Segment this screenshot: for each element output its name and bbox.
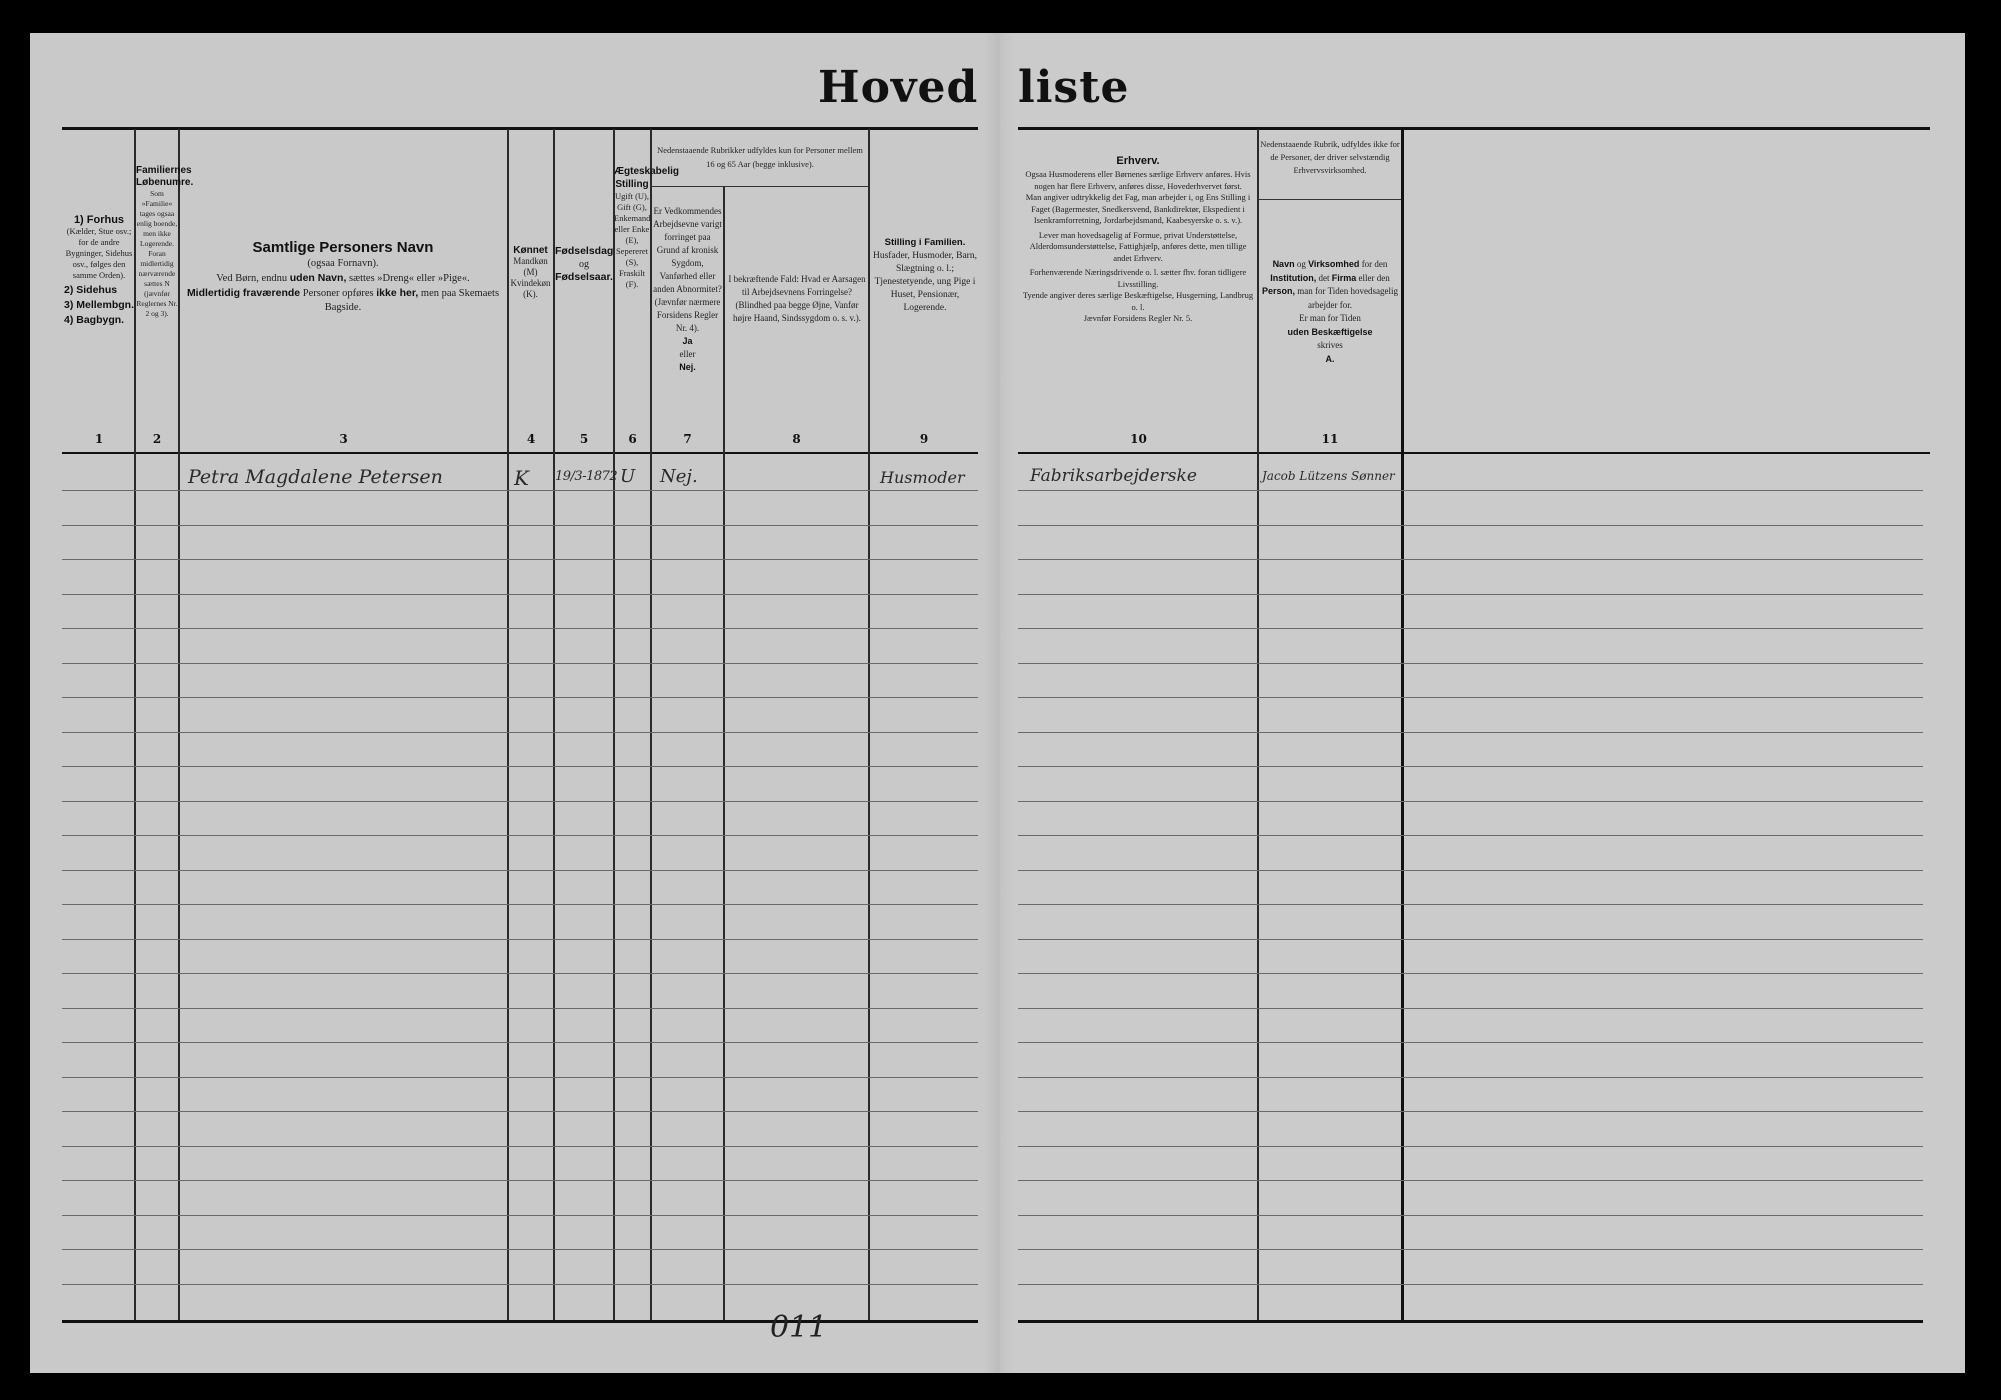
row-line [1018,766,1923,767]
col8-header: I bekræftende Fald: Hvad er Aarsagen til… [726,273,868,325]
row-line [1018,1180,1923,1181]
row-line [62,766,978,767]
row-line [62,697,978,698]
row-line [62,1146,978,1147]
entry-name: Petra Magdalene Petersen [188,466,443,488]
col11-header: Navn og Virksomhed for den Institution, … [1260,258,1400,366]
row-line [62,559,978,560]
row-line [1018,1008,1923,1009]
row-line [62,628,978,629]
row-line [62,870,978,871]
col3-header: Samtlige Personers Navn (ogsaa Fornavn).… [182,238,504,315]
book-gutter [985,33,1015,1373]
col-num-8: 8 [725,432,868,446]
row-line [1018,1042,1923,1043]
row-line [62,973,978,974]
title-right: liste [1018,62,1130,113]
col-divider [553,129,555,1320]
row-line [62,732,978,733]
col-divider [1257,129,1259,1320]
col-divider [178,129,180,1320]
top-rule-right [1018,127,1930,130]
entry-disabled: Nej. [660,466,698,487]
title-left: Hoved [818,62,978,113]
row-line [62,904,978,905]
row-line [62,1180,978,1181]
row-line [62,594,978,595]
row-line [1018,490,1923,491]
row-line [1018,525,1923,526]
header-rule-right [1018,452,1930,454]
col-divider [868,129,870,1320]
col-divider [1401,129,1404,1320]
row-line [1018,870,1923,871]
col-num-11: 11 [1259,432,1401,446]
col-num-4: 4 [509,432,553,446]
entry-birth: 19/3-1872 [555,469,617,484]
group-divider [1258,199,1401,200]
row-line [62,801,978,802]
row-line [62,1008,978,1009]
col10-header: Erhverv. Ogsaa Husmoderens eller Børnene… [1020,153,1256,325]
row-line [62,1111,978,1112]
row-line [1018,904,1923,905]
col-num-6: 6 [615,432,650,446]
row-line [62,1284,978,1285]
row-line [62,1077,978,1078]
col-num-1: 1 [64,432,134,446]
entry-sex: K [514,466,529,490]
col-divider [723,187,725,1320]
group-note-16-65: Nedenstaaende Rubrikker udfyldes kun for… [654,143,866,171]
row-line [1018,801,1923,802]
row-line [62,490,978,491]
row-line [1018,1215,1923,1216]
row-line [1018,835,1923,836]
row-line [62,1215,978,1216]
row-line [1018,594,1923,595]
row-line [1018,1077,1923,1078]
col-num-10: 10 [1020,432,1257,446]
row-line [62,1249,978,1250]
row-line [1018,973,1923,974]
entry-occupation: Fabriksarbejderske [1030,466,1197,486]
row-line [1018,732,1923,733]
row-line [1018,939,1923,940]
bottom-rule-right [1018,1320,1923,1323]
col-divider [613,129,615,1320]
col6-header: Ægteskabelig Stilling Ugift (U), Gift (G… [614,165,650,290]
col2-header: Familiernes Løbenumre. Som »Familie« tag… [136,165,178,319]
col1-header: 1) Forhus (Kælder, Stue osv.; for de and… [64,215,134,328]
col-divider [507,129,509,1320]
row-line [62,1042,978,1043]
col9-header: Stilling i Familien. Husfader, Husmoder,… [872,236,978,315]
page-number: 011 [770,1310,827,1345]
row-line [1018,663,1923,664]
row-line [1018,1249,1923,1250]
entry-marital: U [620,466,635,487]
entry-employer: Jacob Lützens Sønner [1262,469,1395,483]
col-num-9: 9 [870,432,978,446]
row-line [62,939,978,940]
header-rule-left [62,452,978,454]
col-num-7: 7 [652,432,723,446]
group-divider [651,186,868,187]
col5-header: Fødselsdag og Fødselsaar. [555,245,613,285]
col7-header: Er Vedkommendes Arbejdsevne varigt forri… [652,205,723,374]
group-note-employer: Nedenstaaende Rubrik, udfyldes ikke for … [1260,138,1400,177]
row-line [1018,1284,1923,1285]
row-line [1018,697,1923,698]
row-line [1018,1146,1923,1147]
col-num-3: 3 [180,432,507,446]
entry-family-role: Husmoder [880,468,965,487]
row-line [62,835,978,836]
row-line [1018,628,1923,629]
row-line [1018,1111,1923,1112]
col-num-5: 5 [555,432,613,446]
col-num-2: 2 [136,432,178,446]
bottom-rule-left [62,1320,978,1323]
row-line [1018,559,1923,560]
row-line [62,663,978,664]
col4-header: Kønnet Mandkøn (M) Kvindekøn (K). [508,245,553,300]
row-line [62,525,978,526]
top-rule-left [62,127,978,130]
